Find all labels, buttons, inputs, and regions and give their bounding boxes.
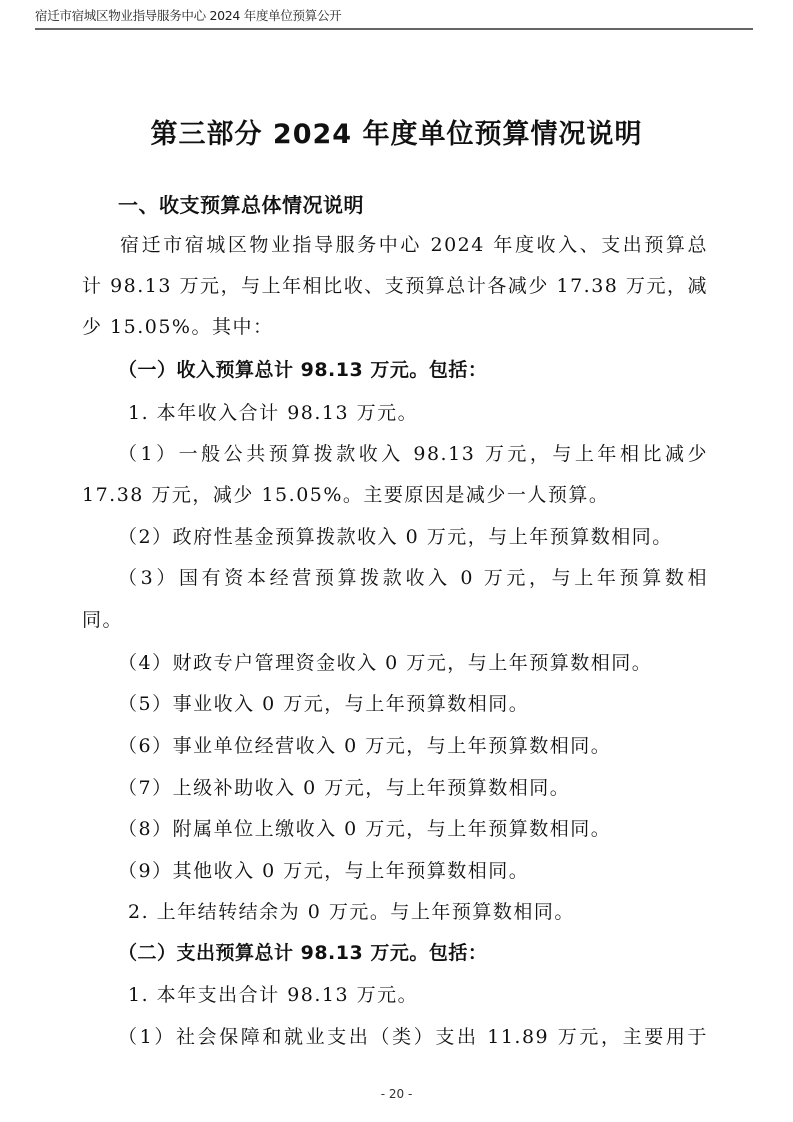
- income-heading: （一）收入预算总计 98.13 万元。包括：: [118, 355, 487, 382]
- income-subitem-1b: 17.38 万元，减少 15.05%。主要原因是减少一人预算。: [82, 480, 609, 507]
- income-subitem-6: （6）事业单位经营收入 0 万元，与上年预算数相同。: [118, 731, 611, 758]
- intro-line-2: 计 98.13 万元，与上年相比收、支预算总计各减少 17.38 万元，减: [82, 271, 708, 298]
- income-subitem-3b: 同。: [82, 605, 123, 632]
- expenditure-heading: （二）支出预算总计 98.13 万元。包括：: [118, 938, 487, 965]
- income-item-1: 1. 本年收入合计 98.13 万元。: [128, 398, 418, 425]
- income-subitem-3a: （3）国有资本经营预算拨款收入 0 万元，与上年预算数相: [118, 563, 708, 590]
- page-title: 第三部分 2024 年度单位预算情况说明: [0, 112, 793, 151]
- income-subitem-1a: （1）一般公共预算拨款收入 98.13 万元，与上年相比减少: [118, 439, 708, 466]
- income-item-2: 2. 上年结转结余为 0 万元。与上年预算数相同。: [128, 897, 575, 924]
- intro-line-1: 宿迁市宿城区物业指导服务中心 2024 年度收入、支出预算总: [120, 230, 708, 257]
- intro-line-3: 少 15.05%。其中：: [82, 312, 274, 339]
- expenditure-item-1: 1. 本年支出合计 98.13 万元。: [128, 980, 418, 1007]
- income-subitem-7: （7）上级补助收入 0 万元，与上年预算数相同。: [118, 773, 570, 800]
- section-heading: 一、收支预算总体情况说明: [118, 189, 364, 218]
- header-rule: [35, 28, 753, 30]
- running-header: 宿迁市宿城区物业指导服务中心 2024 年度单位预算公开: [35, 6, 341, 24]
- page-number: - 20 -: [0, 1087, 793, 1101]
- income-subitem-9: （9）其他收入 0 万元，与上年预算数相同。: [118, 856, 529, 883]
- income-subitem-5: （5）事业收入 0 万元，与上年预算数相同。: [118, 689, 529, 716]
- income-subitem-8: （8）附属单位上缴收入 0 万元，与上年预算数相同。: [118, 814, 611, 841]
- expenditure-subitem-1: （1）社会保障和就业支出（类）支出 11.89 万元，主要用于: [118, 1022, 708, 1049]
- income-subitem-4: （4）财政专户管理资金收入 0 万元，与上年预算数相同。: [118, 648, 652, 675]
- income-subitem-2: （2）政府性基金预算拨款收入 0 万元，与上年预算数相同。: [118, 522, 673, 549]
